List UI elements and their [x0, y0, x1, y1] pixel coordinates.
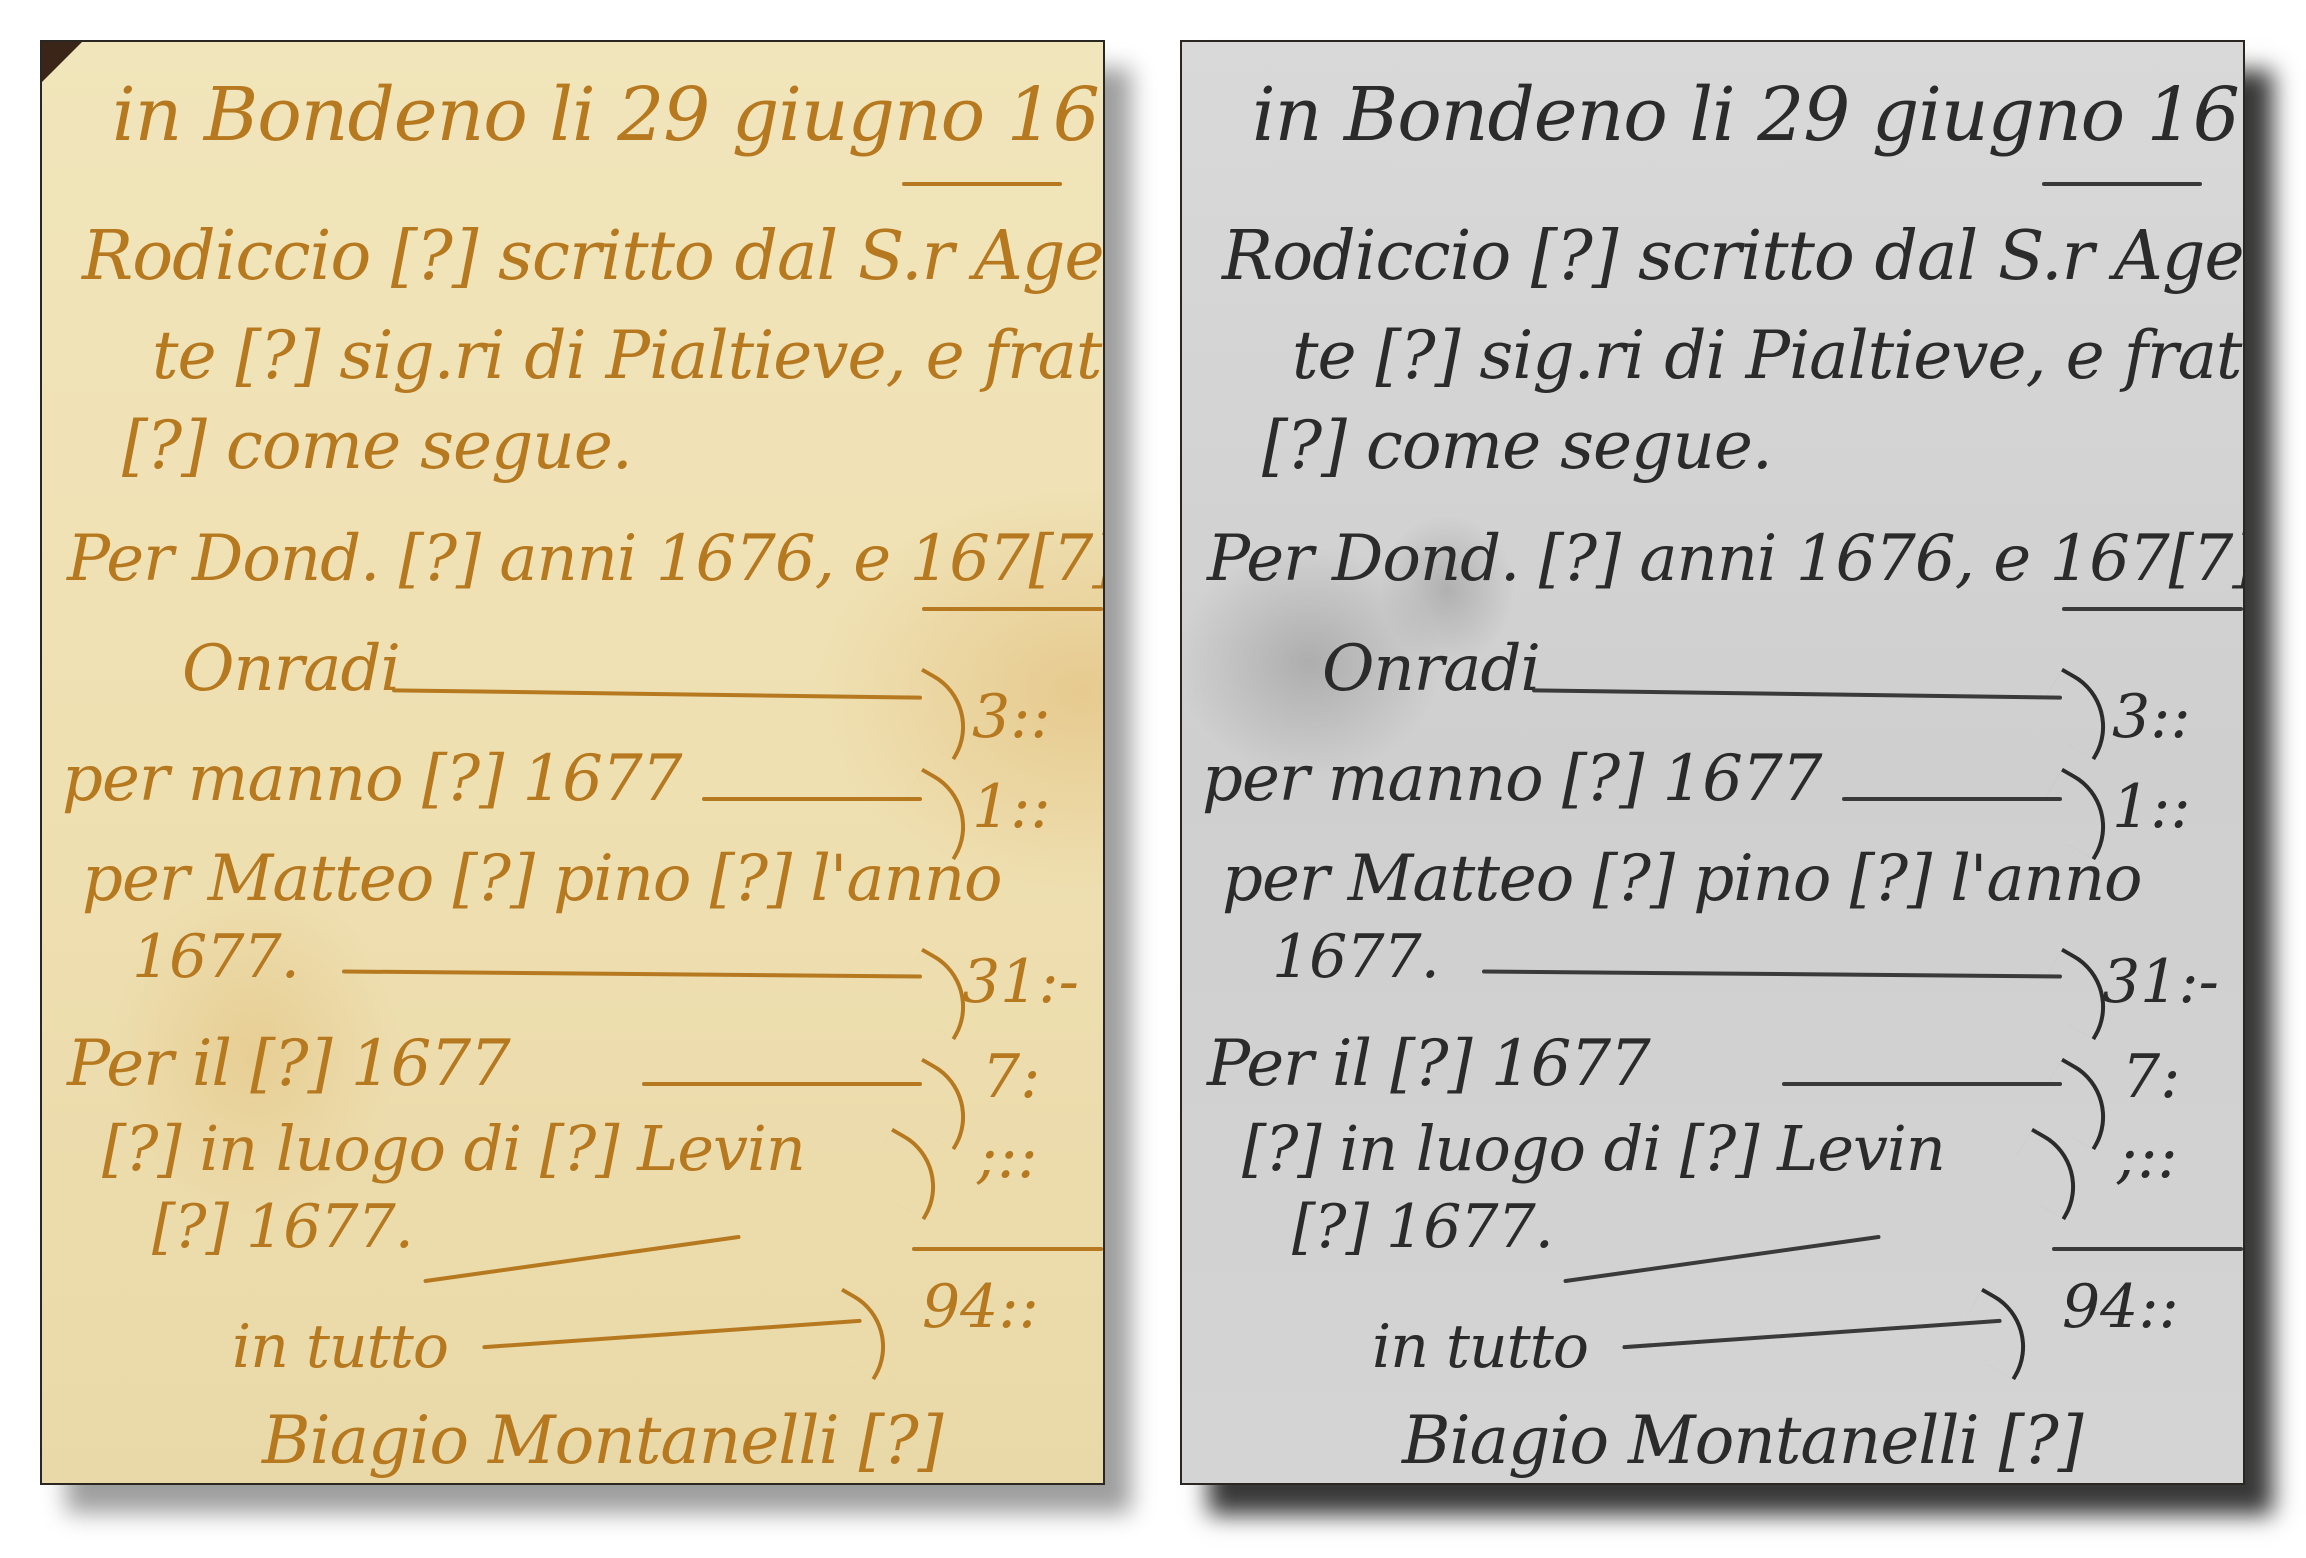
- manuscript-line: [?] in luogo di [?] Levin: [1242, 1112, 1945, 1185]
- ink-rule: [423, 1235, 740, 1283]
- manuscript-line: 1677.: [1272, 922, 1439, 992]
- manuscript-line: per Matteo [?] pino [?] l'anno: [1222, 842, 2142, 916]
- total-rule: [912, 1247, 1103, 1251]
- ink-rule: [1532, 688, 2062, 699]
- manuscript-line: Per Dond. [?] anni 1676, e 167[7]: [67, 522, 1105, 596]
- manuscript-line: te [?] sig.ri di Pialtieve, e fratti: [1292, 317, 2245, 394]
- manuscript-line: per manno [?] 1677: [1202, 742, 1821, 816]
- manuscript-line: per manno [?] 1677: [62, 742, 681, 816]
- manuscript-line: Per il [?] 1677: [67, 1027, 510, 1101]
- amount-entry: 1::: [2112, 772, 2191, 842]
- ink-rule: [392, 688, 922, 699]
- amount-entry: 1::: [972, 772, 1051, 842]
- ink-rule: [482, 1319, 861, 1349]
- ink-rule: [2062, 607, 2243, 611]
- sepia-manuscript-panel: in Bondeno li 29 giugno 1670 Rodiccio [?…: [40, 40, 1105, 1485]
- manuscript-line: Per il [?] 1677: [1207, 1027, 1650, 1101]
- total-rule: [2052, 1247, 2243, 1251]
- amount-entry: 3::: [972, 682, 1051, 752]
- ink-rule: [642, 1082, 922, 1086]
- manuscript-line: [?] in luogo di [?] Levin: [102, 1112, 805, 1185]
- date-header-line: in Bondeno li 29 giugno 1670: [1252, 72, 2245, 158]
- amount-entry: ;::: [977, 1122, 1038, 1192]
- manuscript-line: [?] come segue.: [1262, 407, 1772, 484]
- manuscript-line: Per Dond. [?] anni 1676, e 167[7]: [1207, 522, 2245, 596]
- ink-rule: [1622, 1319, 2001, 1349]
- ink-rule: [922, 607, 1103, 611]
- signature: Biagio Montanelli [?]: [1402, 1402, 2082, 1479]
- manuscript-line: [?] 1677.: [152, 1192, 413, 1262]
- grayscale-manuscript-panel: in Bondeno li 29 giugno 1670 Rodiccio [?…: [1180, 40, 2245, 1485]
- ink-rule: [1782, 1082, 2062, 1086]
- total-label: in tutto: [232, 1312, 448, 1382]
- ink-rule: [1563, 1235, 1880, 1283]
- flourish-mark: [1951, 1288, 2047, 1380]
- amount-entry: 31:-: [2102, 947, 2219, 1017]
- manuscript-line: 1677.: [132, 922, 299, 992]
- total-amount: 94::: [922, 1272, 1039, 1342]
- amount-entry: ;::: [2117, 1122, 2178, 1192]
- date-header-line: in Bondeno li 29 giugno 1670: [112, 72, 1105, 158]
- ink-rule: [902, 182, 1062, 186]
- page-corner-shadow: [42, 42, 82, 82]
- ink-rule: [1842, 797, 2062, 801]
- manuscript-line: te [?] sig.ri di Pialtieve, e fratti: [152, 317, 1105, 394]
- manuscript-line: [?] 1677.: [1292, 1192, 1553, 1262]
- amount-entry: 31:-: [962, 947, 1079, 1017]
- manuscript-line: per Matteo [?] pino [?] l'anno: [82, 842, 1002, 916]
- amount-entry: 7:: [2122, 1042, 2180, 1112]
- amount-entry: 3::: [2112, 682, 2191, 752]
- ink-rule: [702, 797, 922, 801]
- flourish-mark: [811, 1288, 907, 1380]
- manuscript-line: Onradi: [1322, 632, 1540, 706]
- total-amount: 94::: [2062, 1272, 2179, 1342]
- manuscript-line: Rodiccio [?] scritto dal S.r Agen-: [1222, 217, 2245, 296]
- ink-rule: [1482, 969, 2062, 978]
- amount-entry: 7:: [982, 1042, 1040, 1112]
- manuscript-line: [?] come segue.: [122, 407, 632, 484]
- ink-rule: [342, 969, 922, 978]
- ink-rule: [2042, 182, 2202, 186]
- total-label: in tutto: [1372, 1312, 1588, 1382]
- manuscript-line: Rodiccio [?] scritto dal S.r Agen-: [82, 217, 1105, 296]
- manuscript-line: Onradi: [182, 632, 400, 706]
- signature: Biagio Montanelli [?]: [262, 1402, 942, 1479]
